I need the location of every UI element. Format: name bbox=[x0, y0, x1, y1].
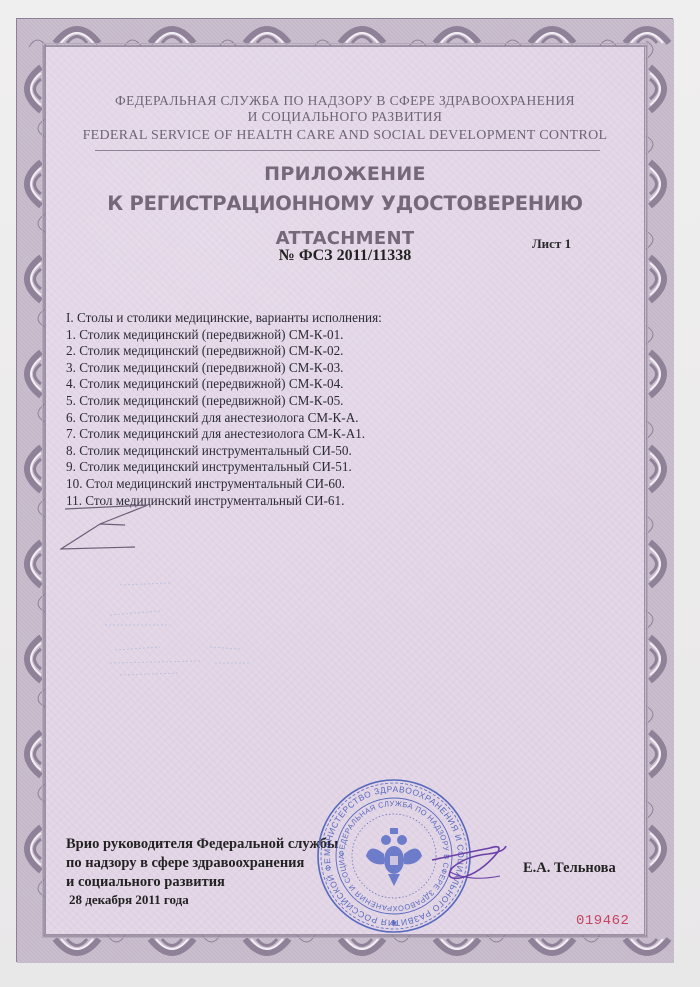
signatory-name: Е.А. Тельнова bbox=[523, 860, 616, 877]
list-item: 9. Столик медицинский инструментальный С… bbox=[66, 459, 382, 476]
handwritten-signature-icon bbox=[430, 838, 510, 893]
agency-name-ru-line2: И СОЦИАЛЬНОГО РАЗВИТИЯ bbox=[45, 109, 645, 125]
agency-name-ru-line1: ФЕДЕРАЛЬНАЯ СЛУЖБА ПО НАДЗОРУ В СФЕРЕ ЗД… bbox=[45, 93, 645, 109]
sheet-number: Лист 1 bbox=[532, 236, 571, 252]
serial-number: 019462 bbox=[576, 913, 629, 929]
title-attachment-ru: ПРИЛОЖЕНИЕ bbox=[45, 163, 645, 185]
issue-date: 28 декабря 2011 года bbox=[69, 892, 189, 908]
signatory-title-line3: и социального развития bbox=[66, 873, 338, 892]
title-certificate-ru: К РЕГИСТРАЦИОННОМУ УДОСТОВЕРЕНИЮ bbox=[45, 192, 645, 215]
list-item: 7. Столик медицинский для анестезиолога … bbox=[66, 426, 382, 443]
list-item: 8. Столик медицинский инструментальный С… bbox=[66, 443, 382, 460]
list-item: 5. Столик медицинский (передвижной) СМ-К… bbox=[66, 393, 382, 410]
header-divider bbox=[95, 150, 600, 151]
list-item: 2. Столик медицинский (передвижной) СМ-К… bbox=[66, 343, 382, 360]
signatory-title-line1: Врио руководителя Федеральной службы bbox=[66, 835, 338, 854]
agency-name-en: FEDERAL SERVICE OF HEALTH CARE AND SOCIA… bbox=[45, 128, 645, 144]
list-item: 6. Столик медицинский для анестезиолога … bbox=[66, 410, 382, 427]
signatory-title-line2: по надзору в сфере здравоохранения bbox=[66, 854, 338, 873]
list-item: 1. Столик медицинский (передвижной) СМ-К… bbox=[66, 327, 382, 344]
faint-offset-marks-icon bbox=[90, 575, 260, 685]
svg-text:✱: ✱ bbox=[391, 919, 398, 928]
list-item: 4. Столик медицинский (передвижной) СМ-К… bbox=[66, 376, 382, 393]
list-item: 3. Столик медицинский (передвижной) СМ-К… bbox=[66, 360, 382, 377]
list-heading: I. Столы и столики медицинские, варианты… bbox=[66, 310, 382, 327]
product-list: I. Столы и столики медицинские, варианты… bbox=[66, 310, 382, 509]
handwritten-mark-icon bbox=[60, 497, 160, 552]
list-item: 10. Стол медицинский инструментальный СИ… bbox=[66, 476, 382, 493]
signatory-title: Врио руководителя Федеральной службы по … bbox=[66, 835, 338, 892]
